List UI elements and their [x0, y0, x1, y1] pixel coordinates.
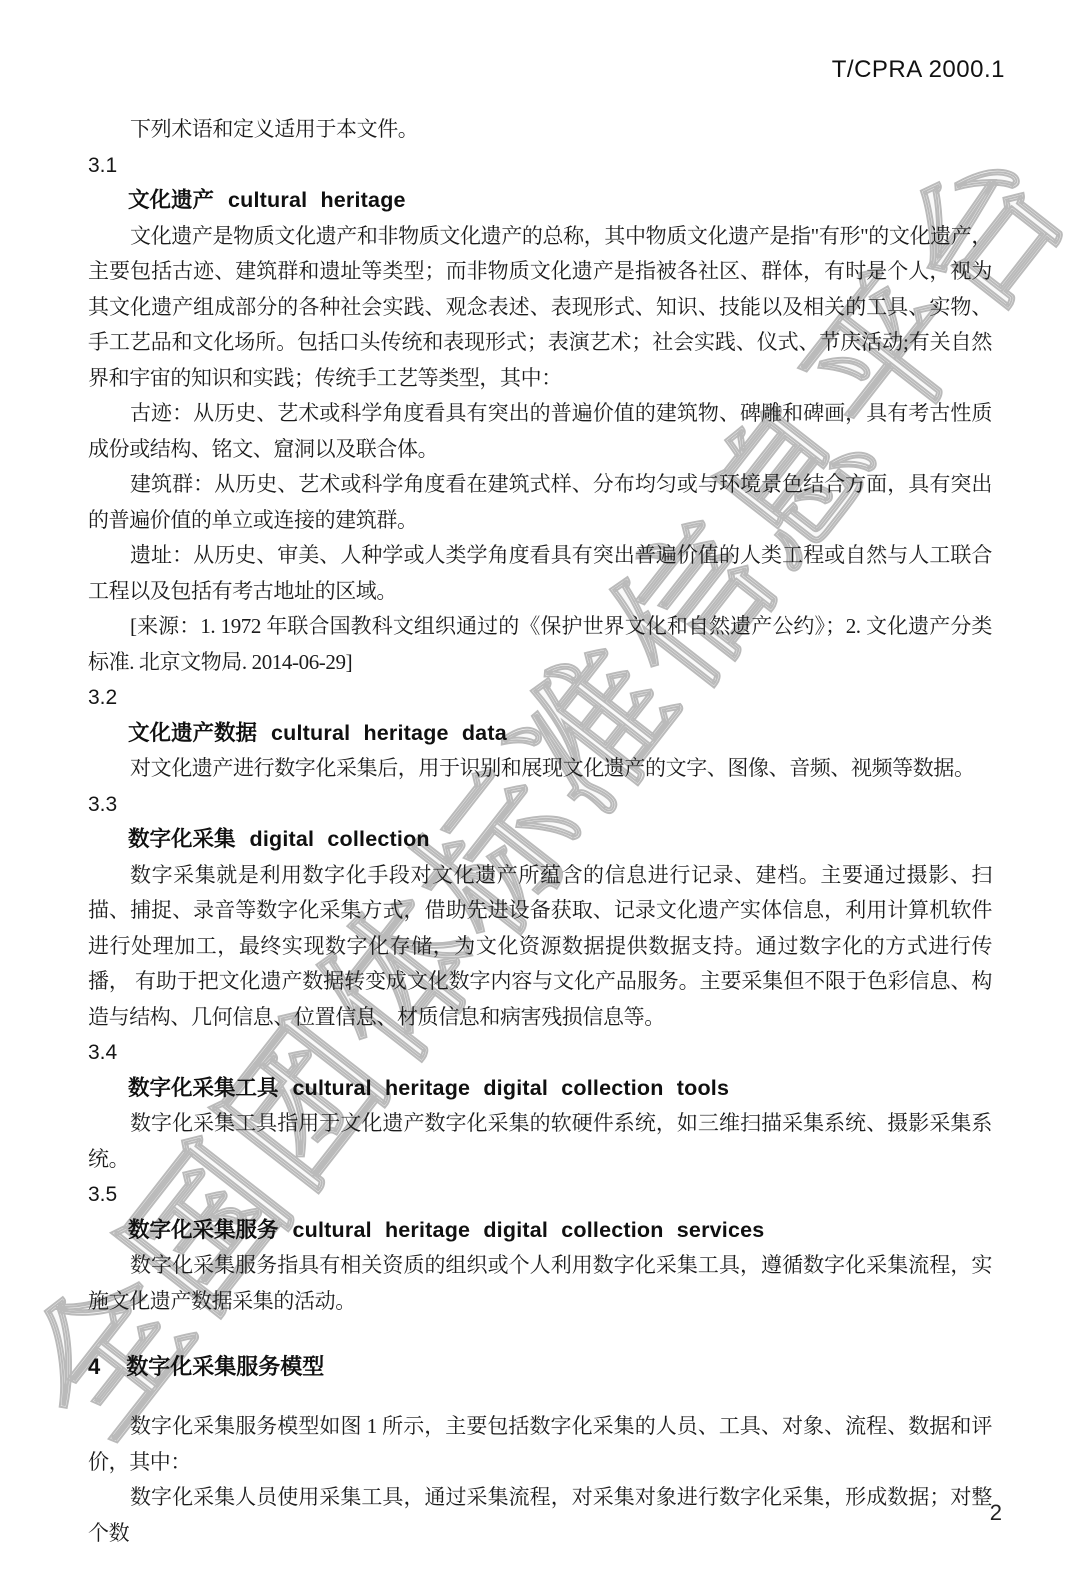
term-en-3-4: cultural heritage digital collection too… [293, 1076, 730, 1100]
clause-number-3-3: 3.3 [88, 787, 992, 823]
term-en-3-1: cultural heritage [228, 188, 406, 212]
term-heading-3-2: 文化遗产数据cultural heritage data [88, 716, 992, 752]
paragraph: [来源：1. 1972 年联合国教科文组织通过的《保护世界文化和自然遗产公约》；… [88, 609, 992, 680]
paragraph: 建筑群：从历史、艺术或科学角度看在建筑式样、分布均匀或与环境景色结合方面，具有突… [88, 467, 992, 538]
term-heading-3-4: 数字化采集工具cultural heritage digital collect… [88, 1071, 992, 1107]
term-heading-3-1: 文化遗产cultural heritage [88, 183, 992, 219]
document-page: 全国团体标准信息平台 T/CPRA 2000.1 下列术语和定义适用于本文件。 … [0, 0, 1080, 1595]
document-body: 下列术语和定义适用于本文件。 3.1 文化遗产cultural heritage… [88, 112, 992, 1551]
chapter-title: 数字化采集服务模型 [126, 1354, 324, 1379]
term-en-3-5: cultural heritage digital collection ser… [293, 1218, 765, 1242]
term-zh-3-2: 文化遗产数据 [128, 721, 257, 745]
term-zh-3-3: 数字化采集 [128, 827, 236, 851]
paragraph: 遗址：从历史、审美、人种学或人类学角度看具有突出普遍价值的人类工程或自然与人工联… [88, 538, 992, 609]
clause-number-3-5: 3.5 [88, 1177, 992, 1213]
paragraph: 数字化采集人员使用采集工具，通过采集流程，对采集对象进行数字化采集，形成数据；对… [88, 1480, 992, 1551]
paragraph: 数字化采集服务模型如图 1 所示，主要包括数字化采集的人员、工具、对象、流程、数… [88, 1409, 992, 1480]
chapter-number: 4 [88, 1354, 100, 1379]
clause-number-3-1: 3.1 [88, 148, 992, 184]
paragraph: 数字化采集服务指具有相关资质的组织或个人利用数字化采集工具，遵循数字化采集流程，… [88, 1248, 992, 1319]
term-zh-3-4: 数字化采集工具 [128, 1076, 279, 1100]
paragraph: 数字化采集工具指用于文化遗产数字化采集的软硬件系统，如三维扫描采集系统、摄影采集… [88, 1106, 992, 1177]
paragraph: 古迹：从历史、艺术或科学角度看具有突出的普遍价值的建筑物、碑雕和碑画，具有考古性… [88, 396, 992, 467]
paragraph: 文化遗产是物质文化遗产和非物质文化遗产的总称，其中物质文化遗产是指"有形"的文化… [88, 219, 992, 397]
term-zh-3-1: 文化遗产 [128, 188, 214, 212]
page-number: 2 [990, 1500, 1002, 1526]
paragraph: 对文化遗产进行数字化采集后，用于识别和展现文化遗产的文字、图像、音频、视频等数据… [88, 751, 992, 787]
clause-number-3-4: 3.4 [88, 1035, 992, 1071]
term-zh-3-5: 数字化采集服务 [128, 1218, 279, 1242]
chapter-heading: 4数字化采集服务模型 [88, 1349, 992, 1385]
doc-code: T/CPRA 2000.1 [832, 56, 1005, 84]
term-en-3-2: cultural heritage data [271, 721, 507, 745]
term-heading-3-5: 数字化采集服务cultural heritage digital collect… [88, 1213, 992, 1249]
term-heading-3-3: 数字化采集digital collection [88, 822, 992, 858]
term-en-3-3: digital collection [250, 827, 430, 851]
clause-number-3-2: 3.2 [88, 680, 992, 716]
intro-paragraph: 下列术语和定义适用于本文件。 [88, 112, 992, 148]
paragraph: 数字采集就是利用数字化手段对文化遗产所蕴含的信息进行记录、建档。主要通过摄影、扫… [88, 858, 992, 1036]
